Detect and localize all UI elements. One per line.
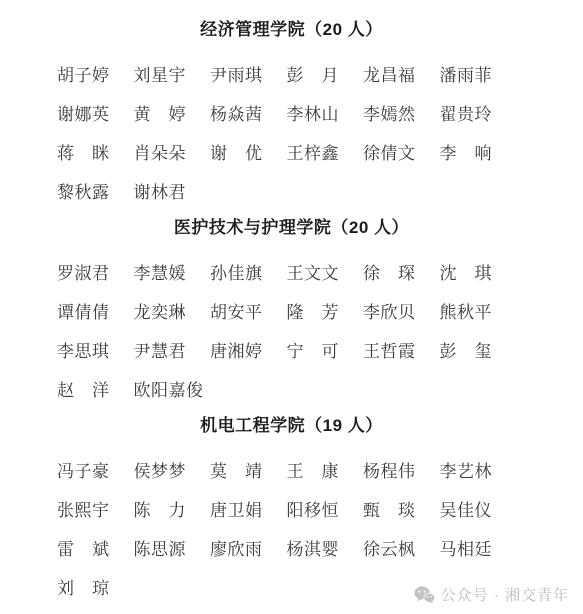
document-page: 经济管理学院（20 人） 胡子婷 刘星宇 尹雨琪 彭 月 龙昌福 潘雨菲 谢娜英…	[0, 0, 583, 614]
student-name: 李嫣然	[363, 100, 416, 125]
student-name: 孙佳旗	[210, 259, 263, 284]
student-name: 刘 琼	[57, 574, 110, 599]
student-name: 杨淇婴	[287, 535, 340, 560]
student-name: 龙奕琳	[134, 298, 187, 323]
student-name: 蒋 眯	[57, 139, 110, 164]
student-name: 李艺林	[440, 457, 493, 482]
student-name: 谢林君	[134, 178, 187, 203]
student-name: 廖欣雨	[210, 535, 263, 560]
name-row: 罗淑君 李慧媛 孙佳旗 王文文 徐 琛 沈 琪	[0, 252, 583, 291]
student-name: 谢 优	[210, 139, 263, 164]
student-name: 张熙宇	[57, 496, 110, 521]
student-name: 彭 月	[287, 61, 340, 86]
student-name: 熊秋平	[440, 298, 493, 323]
student-name: 徐云枫	[363, 535, 416, 560]
student-name: 潘雨菲	[440, 61, 493, 86]
student-name: 胡子婷	[57, 61, 110, 86]
student-name: 刘星宇	[134, 61, 187, 86]
student-name: 吴佳仪	[440, 496, 493, 521]
student-name: 甄 琰	[363, 496, 416, 521]
student-name: 胡安平	[210, 298, 263, 323]
student-name: 王文文	[287, 259, 340, 284]
student-name: 谢娜英	[57, 100, 110, 125]
student-name: 尹雨琪	[210, 61, 263, 86]
student-name: 徐 琛	[363, 259, 416, 284]
watermark: 公众号 · 湘交青年	[414, 584, 569, 605]
student-name: 陈思源	[134, 535, 187, 560]
student-name: 冯子豪	[57, 457, 110, 482]
student-name: 陈 力	[134, 496, 187, 521]
student-name: 翟贵玲	[440, 100, 493, 125]
name-row: 冯子豪 侯梦梦 莫 靖 王 康 杨程伟 李艺林	[0, 450, 583, 489]
name-row: 谭倩倩 龙奕琳 胡安平 隆 芳 李欣贝 熊秋平	[0, 291, 583, 330]
student-name: 黎秋露	[57, 178, 110, 203]
section-title: 经济管理学院（20 人）	[0, 17, 583, 43]
name-row: 赵 洋 欧阳嘉俊	[0, 369, 583, 408]
student-name: 李 响	[440, 139, 493, 164]
section-economic-management: 经济管理学院（20 人） 胡子婷 刘星宇 尹雨琪 彭 月 龙昌福 潘雨菲 谢娜英…	[0, 17, 583, 210]
student-name: 王哲霞	[363, 337, 416, 362]
student-name: 罗淑君	[57, 259, 110, 284]
student-name: 侯梦梦	[134, 457, 187, 482]
student-name: 唐卫娟	[210, 496, 263, 521]
student-name: 谭倩倩	[57, 298, 110, 323]
student-name: 杨程伟	[363, 457, 416, 482]
student-name: 李欣贝	[363, 298, 416, 323]
student-name: 王梓鑫	[287, 139, 340, 164]
student-name: 唐湘婷	[210, 337, 263, 362]
student-name: 龙昌福	[363, 61, 416, 86]
student-name: 黄 婷	[134, 100, 187, 125]
student-name: 李慧媛	[134, 259, 187, 284]
student-name: 沈 琪	[440, 259, 493, 284]
name-row: 张熙宇 陈 力 唐卫娟 阳移恒 甄 琰 吴佳仪	[0, 489, 583, 528]
student-name: 雷 斌	[57, 535, 110, 560]
watermark-text: 公众号 · 湘交青年	[441, 584, 569, 605]
section-mechatronics: 机电工程学院（19 人） 冯子豪 侯梦梦 莫 靖 王 康 杨程伟 李艺林 张熙宇…	[0, 413, 583, 606]
student-name: 宁 可	[287, 337, 340, 362]
student-name: 阳移恒	[287, 496, 340, 521]
section-medical-nursing: 医护技术与护理学院（20 人） 罗淑君 李慧媛 孙佳旗 王文文 徐 琛 沈 琪 …	[0, 215, 583, 408]
student-name: 尹慧君	[134, 337, 187, 362]
name-row: 雷 斌 陈思源 廖欣雨 杨淇婴 徐云枫 马相廷	[0, 528, 583, 567]
student-name: 肖朵朵	[134, 139, 187, 164]
student-name: 李思琪	[57, 337, 110, 362]
student-name: 莫 靖	[210, 457, 263, 482]
student-name: 王 康	[287, 457, 340, 482]
student-name: 杨焱茜	[210, 100, 263, 125]
section-title: 机电工程学院（19 人）	[0, 413, 583, 439]
name-row: 蒋 眯 肖朵朵 谢 优 王梓鑫 徐倩文 李 响	[0, 132, 583, 171]
name-row: 谢娜英 黄 婷 杨焱茜 李林山 李嫣然 翟贵玲	[0, 93, 583, 132]
student-name: 徐倩文	[363, 139, 416, 164]
name-row: 李思琪 尹慧君 唐湘婷 宁 可 王哲霞 彭 玺	[0, 330, 583, 369]
student-name: 赵 洋	[57, 376, 110, 401]
student-name: 欧阳嘉俊	[134, 376, 204, 401]
student-name: 马相廷	[440, 535, 493, 560]
student-name: 隆 芳	[287, 298, 340, 323]
section-title: 医护技术与护理学院（20 人）	[0, 215, 583, 241]
name-row: 胡子婷 刘星宇 尹雨琪 彭 月 龙昌福 潘雨菲	[0, 54, 583, 93]
student-name: 彭 玺	[440, 337, 493, 362]
student-name: 李林山	[287, 100, 340, 125]
name-row: 黎秋露 谢林君	[0, 171, 583, 210]
wechat-icon	[414, 586, 435, 604]
